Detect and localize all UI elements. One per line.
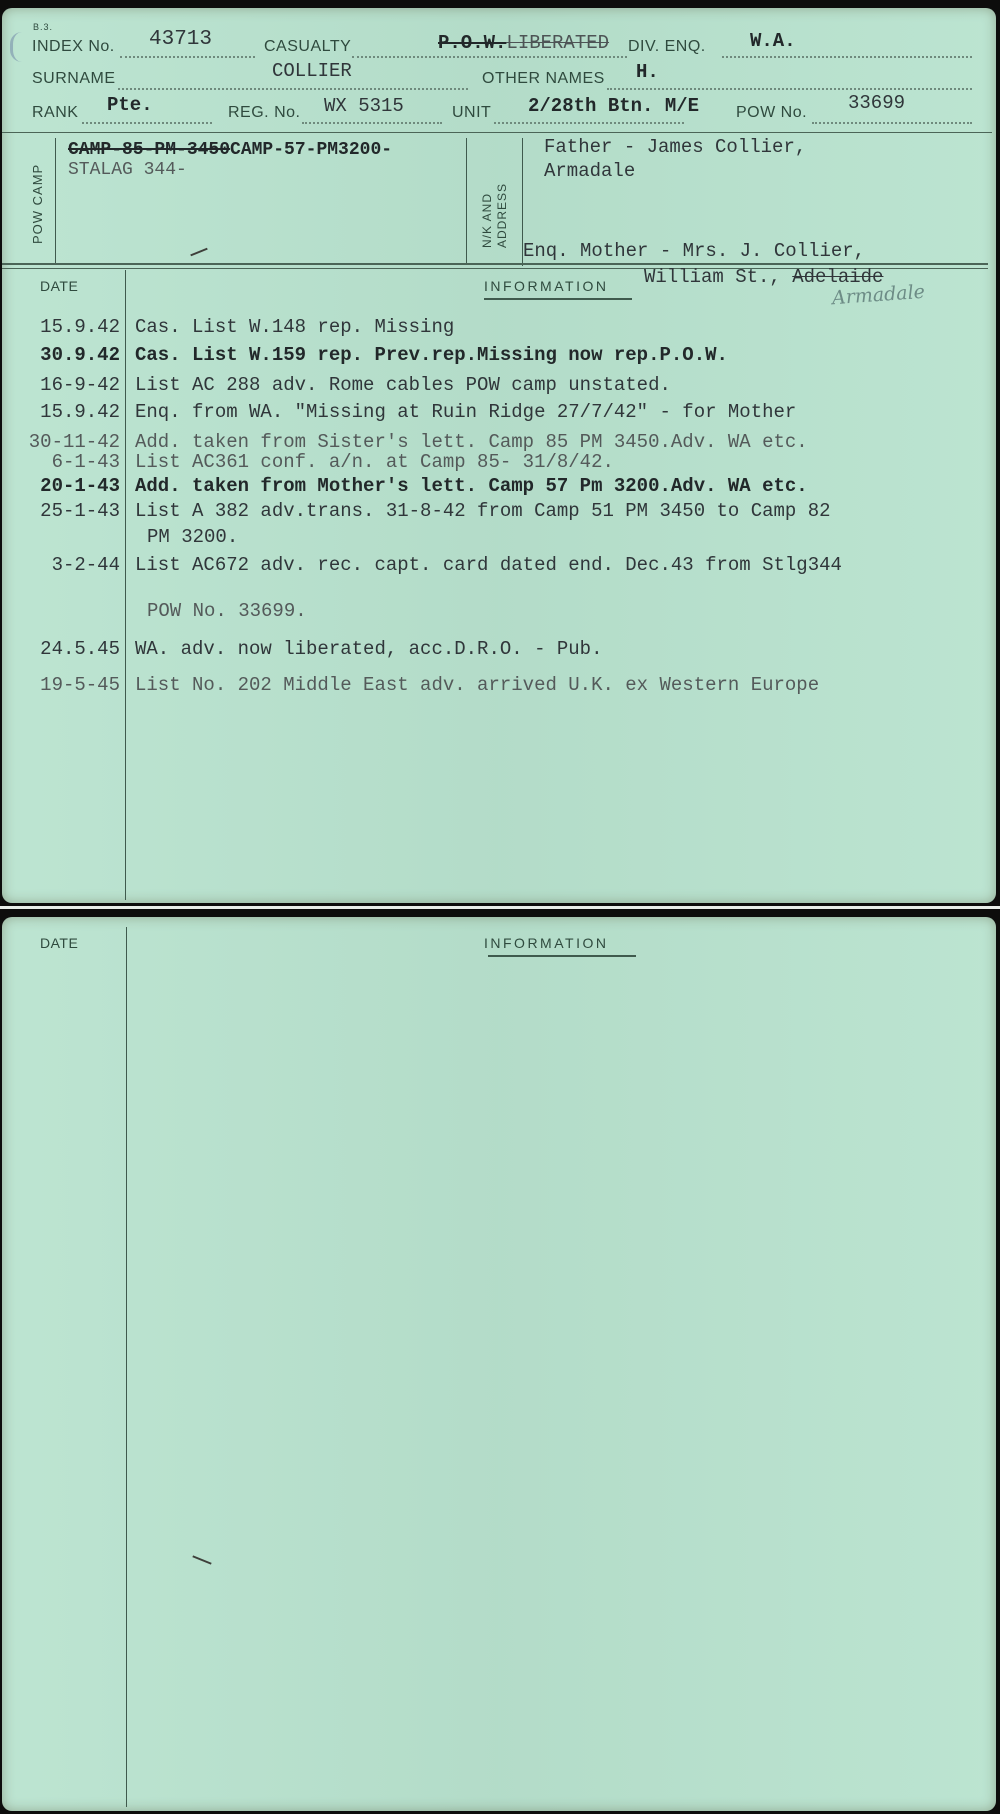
surname-value: COLLIER: [272, 60, 352, 82]
div-enq-label: DIV. ENQ.: [628, 38, 706, 56]
rank-dots: [82, 122, 212, 124]
entry-info: List AC361 conf. a/n. at Camp 85- 31/8/4…: [135, 451, 614, 473]
entry-info: List No. 202 Middle East adv. arrived U.…: [135, 674, 819, 696]
entry-info: POW No. 33699.: [147, 600, 307, 622]
nk-label-line1: N/K AND: [480, 183, 495, 248]
entry-date: 30-11-42: [2, 431, 120, 453]
nk-label-line2: ADDRESS: [495, 183, 510, 248]
entry-info: List AC 288 adv. Rome cables POW camp un…: [135, 374, 671, 396]
reg-no-value: WX 5315: [324, 95, 404, 117]
back-information-underline: [488, 955, 636, 957]
pow-no-value: 33699: [848, 92, 905, 114]
record-card-back: DATE INFORMATION: [2, 917, 996, 1811]
nk-line3: Enq. Mother - Mrs. J. Collier,: [523, 240, 865, 262]
casualty-value-group: P.O.W.LIBERATED: [438, 32, 609, 54]
back-information-header: INFORMATION: [484, 935, 608, 951]
nk-line4: William St., Adelaide: [644, 266, 883, 288]
pen-mark-icon: [190, 248, 207, 257]
pow-camp-label: POW CAMP: [30, 164, 45, 244]
entry-info: List A 382 adv.trans. 31-8-42 from Camp …: [135, 500, 831, 522]
reg-no-label: REG. No.: [228, 104, 300, 122]
pen-mark-icon: [192, 1555, 211, 1564]
entry-info: Cas. List W.159 rep. Prev.rep.Missing no…: [135, 344, 728, 366]
nk-line1: Father - James Collier,: [544, 136, 806, 158]
pow-camp-line2: STALAG 344-: [68, 160, 187, 180]
entry-info: Enq. from WA. "Missing at Ruin Ridge 27/…: [135, 401, 796, 423]
surname-dots: [118, 88, 468, 90]
other-names-value: H.: [636, 61, 659, 83]
pow-camp-current: CAMP-57-PM3200-: [230, 140, 392, 160]
nk-line4-street: William St.,: [644, 266, 792, 288]
entry-date: 30.9.42: [2, 344, 120, 366]
reg-no-dots: [302, 122, 442, 124]
date-column-header: DATE: [40, 278, 78, 294]
entry-date: 20-1-43: [2, 475, 120, 497]
rank-value: Pte.: [107, 94, 153, 116]
entry-info: PM 3200.: [147, 526, 238, 548]
pow-camp-divider: [55, 138, 56, 263]
card-separator: [0, 906, 1000, 909]
pow-no-dots: [812, 122, 972, 124]
nk-left-divider: [466, 138, 467, 263]
information-underline: [484, 298, 632, 300]
entry-date: 3-2-44: [2, 554, 120, 576]
entry-info: List AC672 adv. rec. capt. card dated en…: [135, 554, 842, 576]
back-date-column-divider: [126, 927, 127, 1807]
index-no-value: 43713: [149, 28, 212, 51]
entry-info: Add. taken from Sister's lett. Camp 85 P…: [135, 431, 808, 453]
top-rule: [2, 132, 992, 133]
entry-info: Cas. List W.148 rep. Missing: [135, 316, 454, 338]
form-code: B.3.: [33, 22, 53, 32]
nk-line2: Armadale: [544, 160, 635, 182]
entry-date: 15.9.42: [2, 401, 120, 423]
nk-address-label: N/K AND ADDRESS: [480, 183, 510, 248]
other-names-dots: [607, 88, 972, 90]
casualty-dots: [352, 56, 627, 58]
double-rule-top: [2, 263, 988, 265]
surname-label: SURNAME: [32, 70, 116, 88]
entry-date: 15.9.42: [2, 316, 120, 338]
casualty-struck-value: P.O.W.: [438, 32, 506, 54]
entry-info: WA. adv. now liberated, acc.D.R.O. - Pub…: [135, 638, 602, 660]
date-column-divider: [125, 270, 126, 900]
unit-dots: [494, 122, 684, 124]
div-enq-value: W.A.: [750, 30, 796, 52]
pow-no-label: POW No.: [736, 104, 807, 122]
other-names-label: OTHER NAMES: [482, 70, 605, 88]
index-no-dots: [120, 56, 255, 58]
entry-date: 19-5-45: [2, 674, 120, 696]
div-enq-dots: [722, 56, 972, 58]
information-column-header: INFORMATION: [484, 278, 608, 294]
entry-date: 16-9-42: [2, 374, 120, 396]
pow-camp-line1: CAMP-85-PM-3450CAMP-57-PM3200-: [68, 140, 392, 160]
unit-label: UNIT: [452, 104, 491, 122]
index-no-label: INDEX No.: [32, 38, 115, 56]
back-date-header: DATE: [40, 935, 78, 951]
entry-date: 25-1-43: [2, 500, 120, 522]
rank-label: RANK: [32, 104, 78, 122]
casualty-value: LIBERATED: [506, 32, 609, 54]
entry-date: 6-1-43: [2, 451, 120, 473]
clip-mark-icon: [10, 32, 27, 62]
pow-camp-struck: CAMP-85-PM-3450: [68, 140, 230, 160]
record-card-front: B.3. INDEX No. 43713 CASUALTY P.O.W.LIBE…: [2, 8, 996, 903]
entry-info: Add. taken from Mother's lett. Camp 57 P…: [135, 475, 808, 497]
unit-value: 2/28th Btn. M/E: [528, 95, 699, 117]
casualty-label: CASUALTY: [264, 38, 351, 56]
entry-date: 24.5.45: [2, 638, 120, 660]
